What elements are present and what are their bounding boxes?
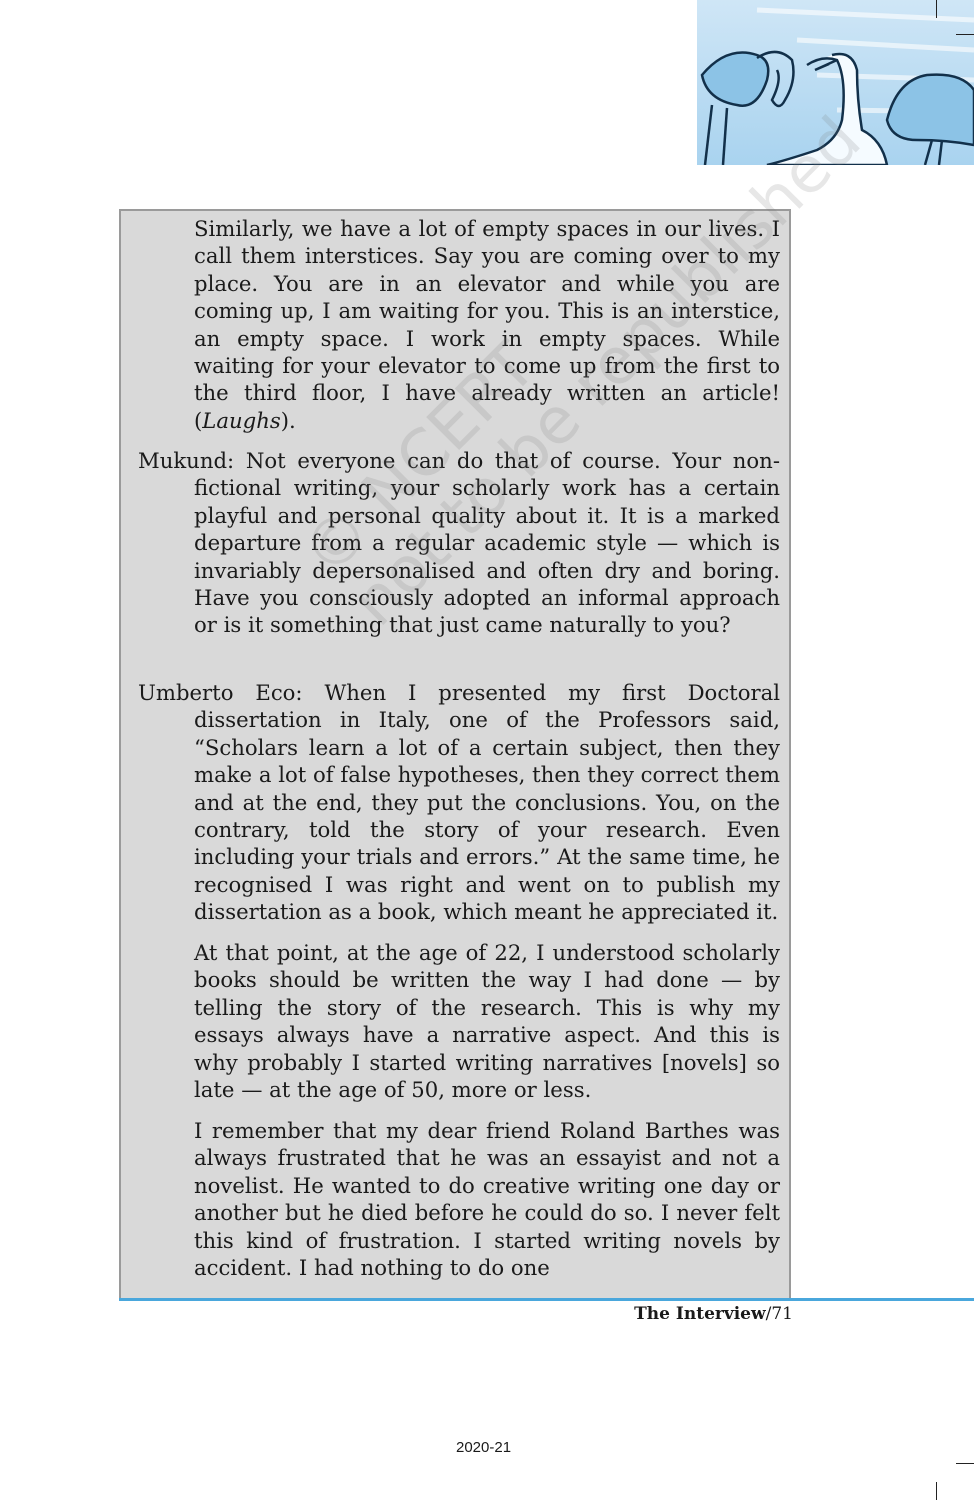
crop-mark: [956, 34, 974, 35]
running-footer: The Interview/71: [634, 1304, 793, 1324]
speaker-label: Mukund:: [138, 448, 246, 473]
edition-year: 2020-21: [456, 1439, 511, 1456]
flamingo-icon: [697, 0, 974, 165]
italic-laughs: Laughs: [202, 408, 280, 433]
paragraph-mukund-question: Mukund: Not everyone can do that of cour…: [138, 447, 780, 639]
interview-text-box: Similarly, we have a lot of empty spaces…: [119, 209, 791, 1298]
paragraph-eco-answer: Umberto Eco: When I presented my first D…: [138, 679, 780, 926]
paragraph-interstices: Similarly, we have a lot of empty spaces…: [194, 215, 780, 434]
flamingo-illustration: [697, 0, 974, 165]
speaker-label: Umberto Eco:: [138, 680, 324, 705]
paragraph-age-22: At that point, at the age of 22, I under…: [194, 939, 780, 1103]
crop-mark: [936, 0, 937, 18]
crop-mark: [956, 1463, 974, 1464]
page-number: 71: [771, 1304, 793, 1324]
footer-rule: [119, 1298, 974, 1301]
paragraph-barthes: I remember that my dear friend Roland Ba…: [194, 1117, 780, 1281]
crop-mark: [936, 1482, 937, 1500]
